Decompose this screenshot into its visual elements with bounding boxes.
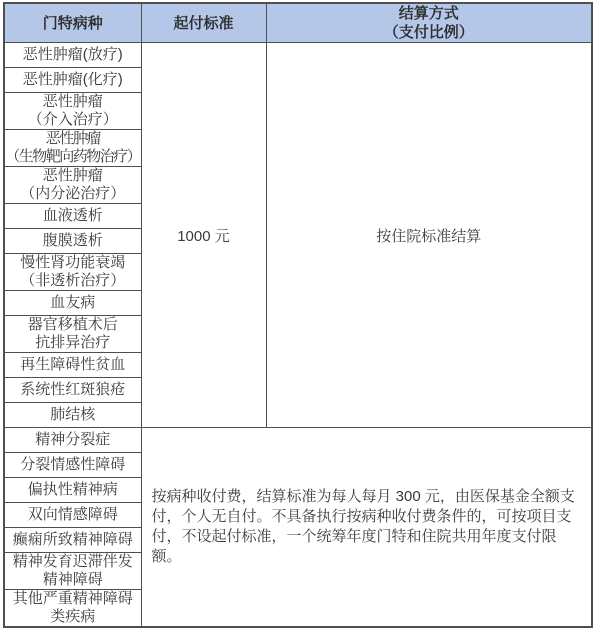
disease-cell: 腹膜透析 <box>4 229 141 254</box>
disease-cell: 慢性肾功能衰竭 （非透析治疗） <box>4 254 141 291</box>
disease-cell: 系统性红斑狼疮 <box>4 378 141 403</box>
disease-cell: 器官移植术后 抗排异治疗 <box>4 316 141 353</box>
disease-cell: 肺结核 <box>4 403 141 428</box>
disease-cell: 血液透析 <box>4 204 141 229</box>
disease-cell: 精神分裂症 <box>4 428 141 453</box>
disease-cell: 癫痫所致精神障碍 <box>4 528 141 553</box>
table-row: 恶性肿瘤(放疗) 1000 元 按住院标准结算 <box>4 43 592 68</box>
page: 门特病种 起付标准 结算方式 （支付比例） 恶性肿瘤(放疗) 1000 元 按住… <box>0 0 600 628</box>
disease-cell: 精神发育迟滞伴发 精神障碍 <box>4 553 141 590</box>
table-row: 精神分裂症 按病种收付费，结算标准为每人每月 300 元，由医保基金全额支付，个… <box>4 428 592 453</box>
disease-cell: 恶性肿瘤 （生物靶向药物治疗） <box>4 130 141 167</box>
deductible-cell: 1000 元 <box>141 43 266 428</box>
disease-cell: 双向情感障碍 <box>4 503 141 528</box>
disease-cell: 恶性肿瘤(化疗) <box>4 68 141 93</box>
disease-cell: 分裂情感性障碍 <box>4 453 141 478</box>
disease-cell: 偏执性精神病 <box>4 478 141 503</box>
settlement-cell: 按住院标准结算 <box>266 43 592 428</box>
special-outpatient-benefits-table: 门特病种 起付标准 结算方式 （支付比例） 恶性肿瘤(放疗) 1000 元 按住… <box>3 2 593 628</box>
disease-cell: 恶性肿瘤(放疗) <box>4 43 141 68</box>
disease-cell: 恶性肿瘤 （介入治疗） <box>4 93 141 130</box>
disease-cell: 恶性肿瘤 （内分泌治疗） <box>4 167 141 204</box>
column-header-disease: 门特病种 <box>4 3 141 43</box>
disease-cell: 其他严重精神障碍 类疾病 <box>4 590 141 628</box>
column-header-settlement: 结算方式 （支付比例） <box>266 3 592 43</box>
payment-note-cell: 按病种收付费，结算标准为每人每月 300 元，由医保基金全额支付，个人无自付。不… <box>141 428 592 628</box>
disease-cell: 再生障碍性贫血 <box>4 353 141 378</box>
disease-cell: 血友病 <box>4 291 141 316</box>
header-row: 门特病种 起付标准 结算方式 （支付比例） <box>4 3 592 43</box>
column-header-deductible: 起付标准 <box>141 3 266 43</box>
